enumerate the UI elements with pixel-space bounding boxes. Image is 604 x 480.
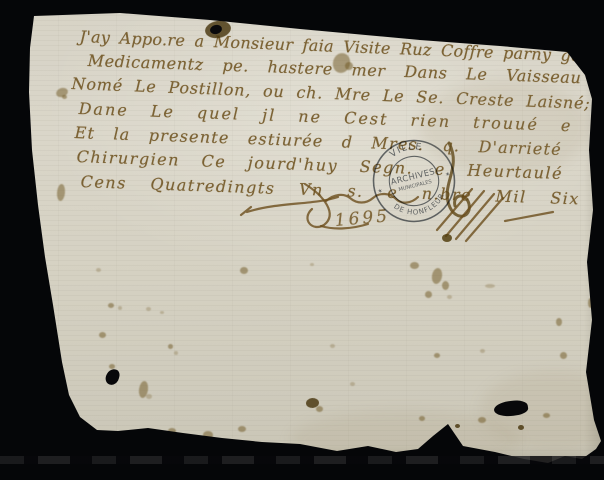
- stain: [108, 303, 114, 308]
- star-separator-icon: ✶: [377, 187, 384, 195]
- stain: [485, 284, 495, 288]
- stain: [99, 332, 106, 338]
- scanner-edge-strip: [0, 456, 604, 464]
- stain: [146, 307, 151, 311]
- stain: [168, 344, 173, 349]
- stain: [455, 424, 460, 428]
- stain: [560, 352, 567, 359]
- stain: [96, 268, 101, 272]
- stain: [118, 306, 122, 310]
- manuscript-paper: J'ay Appo.re a Monsieur faia Visite Ruz …: [0, 0, 604, 480]
- stain: [588, 298, 593, 308]
- stain: [350, 382, 355, 386]
- paper-hole: [104, 368, 121, 387]
- stain: [425, 291, 432, 298]
- stain: [480, 349, 485, 353]
- stain: [56, 184, 65, 202]
- stain: [420, 80, 590, 175]
- stain: [478, 417, 486, 423]
- stain: [434, 353, 440, 358]
- stain: [238, 426, 246, 432]
- stain: [240, 267, 248, 274]
- stain: [168, 428, 176, 434]
- stain: [330, 344, 335, 348]
- stain: [345, 62, 353, 70]
- stain: [203, 431, 213, 439]
- stain: [419, 416, 425, 421]
- stain: [518, 425, 524, 430]
- stamp-ring-bottom-text: DE HONFLEUR: [391, 190, 450, 222]
- stain: [410, 262, 419, 269]
- stain: [62, 95, 67, 99]
- stain: [160, 311, 164, 314]
- stain: [592, 328, 596, 335]
- stain: [316, 406, 323, 412]
- stain: [174, 351, 178, 355]
- stain: [431, 267, 444, 284]
- star-separator-icon: ✶: [444, 171, 451, 179]
- stain: [543, 413, 550, 418]
- stain: [556, 318, 562, 326]
- photo-background: J'ay Appo.re a Monsieur faia Visite Ruz …: [0, 0, 604, 480]
- svg-text:DE HONFLEUR: DE HONFLEUR: [391, 190, 450, 222]
- stain: [447, 295, 452, 299]
- stain: [310, 263, 314, 266]
- stain: [442, 281, 449, 290]
- stain: [146, 394, 152, 399]
